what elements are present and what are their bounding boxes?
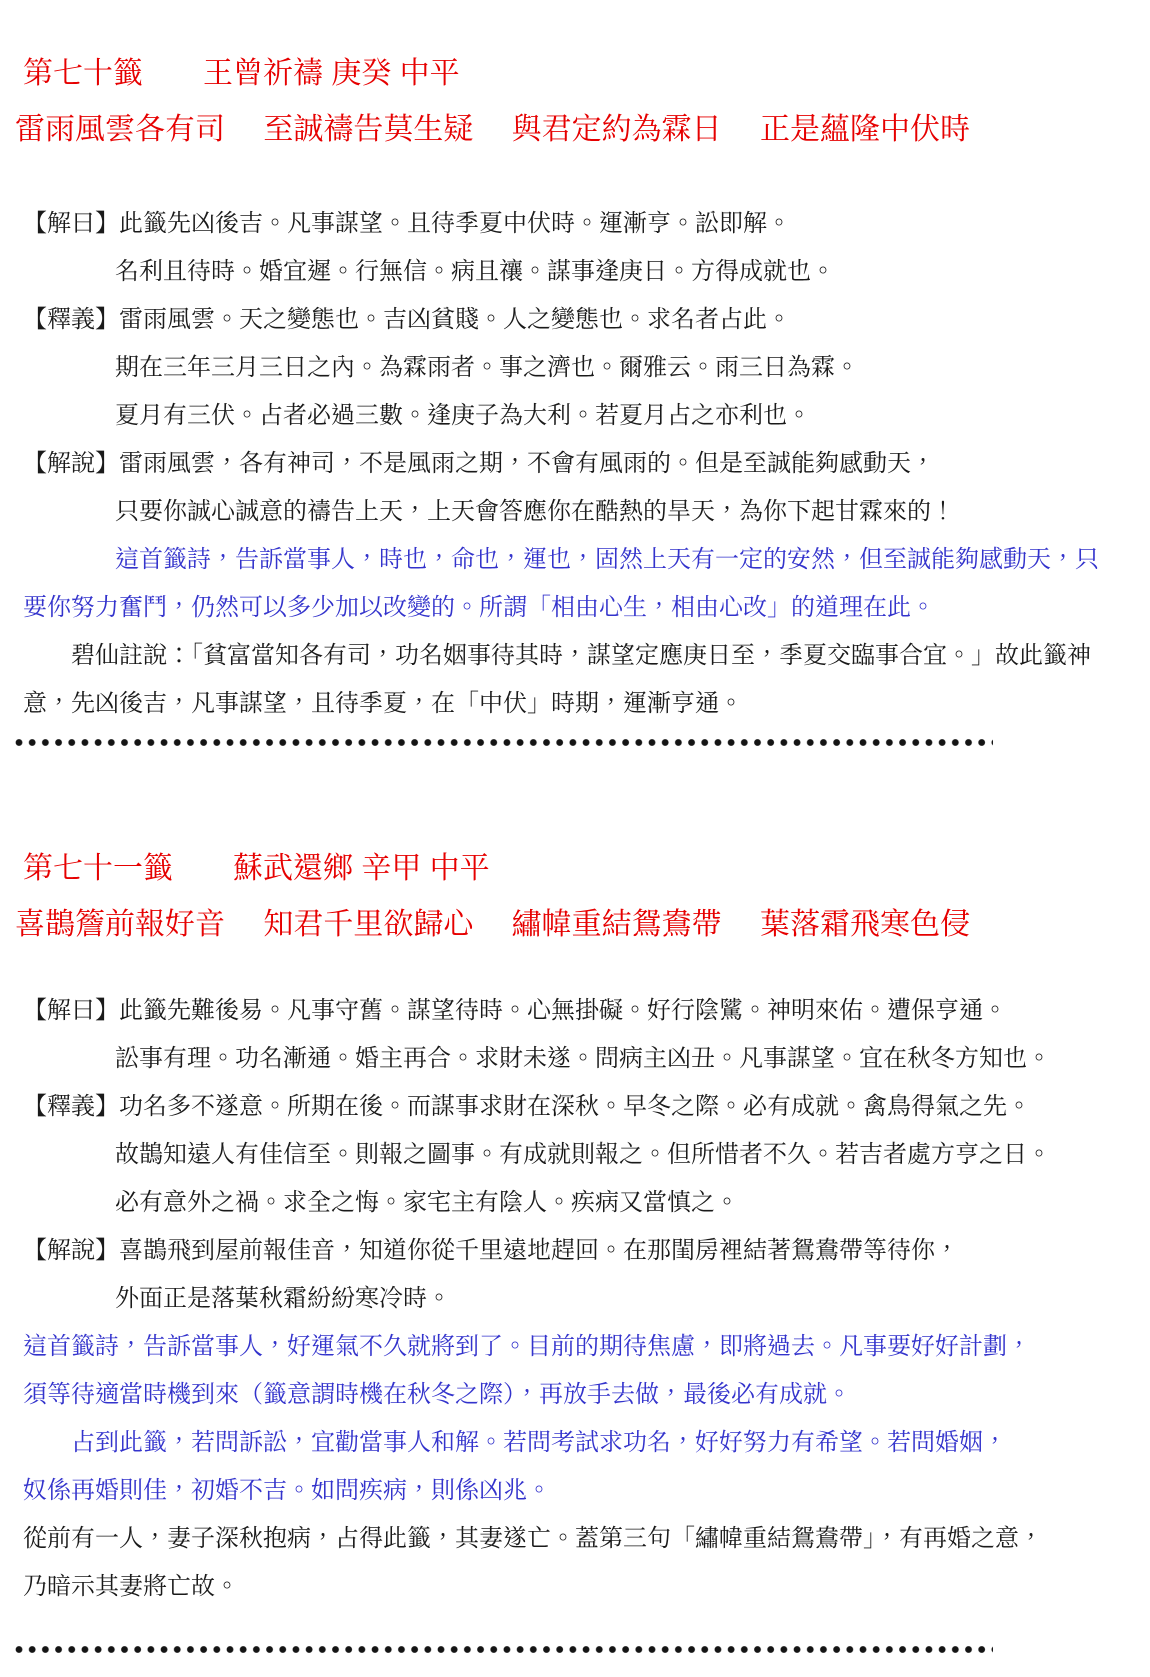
body-line: 【解說】雷雨風雲，各有神司，不是風雨之期，不會有風雨的。但是至誠能夠感動天， <box>15 440 1135 488</box>
sign-70-body: 【解曰】此籤先凶後吉。凡事謀望。且待季夏中伏時。運漸亨。訟即解。 名利且待時。婚… <box>15 200 1135 728</box>
body-line: 只要你誠心誠意的禱告上天，上天會答應你在酷熱的旱天，為你下起甘霖來的！ <box>15 488 1135 536</box>
sign-71-verse: 喜鵲簷前報好音 知君千里欲歸心 繡幃重結鴛鴦帶 葉落霜飛寒色侵 <box>15 907 1135 943</box>
body-line: 訟事有理。功名漸通。婚主再合。求財未遂。問病主凶丑。凡事謀望。宜在秋冬方知也。 <box>15 1035 1135 1083</box>
body-line: 占到此籤，若問訴訟，宜勸當事人和解。若問考試求功名，好好努力有希望。若問婚姻， <box>15 1419 1135 1467</box>
body-line: 乃暗示其妻將亡故。 <box>15 1563 1135 1611</box>
body-line: 名利且待時。婚宜遲。行無信。病且禳。謀事逢庚日。方得成就也。 <box>15 248 1135 296</box>
body-line: 必有意外之禍。求全之悔。家宅主有陰人。疾病又當慎之。 <box>15 1179 1135 1227</box>
body-line: 期在三年三月三日之內。為霖雨者。事之濟也。爾雅云。雨三日為霖。 <box>15 344 1135 392</box>
body-line: 須等待適當時機到來（籤意謂時機在秋冬之際），再放手去做，最後必有成就。 <box>15 1371 1135 1419</box>
body-line: 【解說】喜鵲飛到屋前報佳音，知道你從千里遠地趕回。在那閨房裡結著鴛鴦帶等待你， <box>15 1227 1135 1275</box>
body-line: 這首籤詩，告訴當事人，好運氣不久就將到了。目前的期待焦慮，即將過去。凡事要好好計… <box>15 1323 1135 1371</box>
body-line: 【釋義】功名多不遂意。所期在後。而謀事求財在深秋。早冬之際。必有成就。禽鳥得氣之… <box>15 1083 1135 1131</box>
fortune-slip-page: 第七十籤 王曾祈禱 庚癸 中平 雷雨風雲各有司 至誠禱告莫生疑 與君定約為霖日 … <box>0 0 1150 1677</box>
sign-71-body: 【解曰】此籤先難後易。凡事守舊。謀望待時。心無掛礙。好行陰騭。神明來佑。遭保亨通… <box>15 987 1135 1611</box>
body-line: 意，先凶後吉，凡事謀望，且待季夏，在「中伏」時期，運漸亨通。 <box>15 680 1135 728</box>
body-line: 【解曰】此籤先凶後吉。凡事謀望。且待季夏中伏時。運漸亨。訟即解。 <box>15 200 1135 248</box>
body-line: 故鵲知遠人有佳信至。則報之圖事。有成就則報之。但所惜者不久。若吉者處方亨之日。 <box>15 1131 1135 1179</box>
section-sign-71: 第七十一籤 蘇武還鄉 辛甲 中平 喜鵲簷前報好音 知君千里欲歸心 繡幃重結鴛鴦帶… <box>15 851 1135 1611</box>
sign-70-verse: 雷雨風雲各有司 至誠禱告莫生疑 與君定約為霖日 正是蘊隆中伏時 <box>15 112 1135 148</box>
sign-70-title: 第七十籤 王曾祈禱 庚癸 中平 <box>23 56 1135 92</box>
section-sign-70: 第七十籤 王曾祈禱 庚癸 中平 雷雨風雲各有司 至誠禱告莫生疑 與君定約為霖日 … <box>15 56 1135 728</box>
body-line: 外面正是落葉秋霜紛紛寒冷時。 <box>15 1275 1135 1323</box>
sign-71-title: 第七十一籤 蘇武還鄉 辛甲 中平 <box>23 851 1135 887</box>
body-line: 夏月有三伏。占者必過三數。逢庚子為大利。若夏月占之亦利也。 <box>15 392 1135 440</box>
body-line: 奴係再婚則佳，初婚不吉。如問疾病，則係凶兆。 <box>15 1467 1135 1515</box>
body-line: 從前有一人，妻子深秋抱病，占得此籤，其妻遂亡。蓋第三句「繡幃重結鴛鴦帶」，有再婚… <box>15 1515 1135 1563</box>
body-line: 這首籤詩，告訴當事人，時也，命也，運也，固然上天有一定的安然，但至誠能夠感動天，… <box>15 536 1135 584</box>
body-line: 碧仙註說：「貧富當知各有司，功名姻事待其時，謀望定應庚日至，季夏交臨事合宜。」故… <box>15 632 1135 680</box>
body-line: 【解曰】此籤先難後易。凡事守舊。謀望待時。心無掛礙。好行陰騭。神明來佑。遭保亨通… <box>15 987 1135 1035</box>
body-line: 【釋義】雷雨風雲。天之變態也。吉凶貧賤。人之變態也。求名者占此。 <box>15 296 1135 344</box>
dotted-divider <box>15 1645 993 1654</box>
dotted-divider <box>15 738 993 747</box>
body-line: 要你努力奮鬥，仍然可以多少加以改變的。所謂「相由心生，相由心改」的道理在此。 <box>15 584 1135 632</box>
